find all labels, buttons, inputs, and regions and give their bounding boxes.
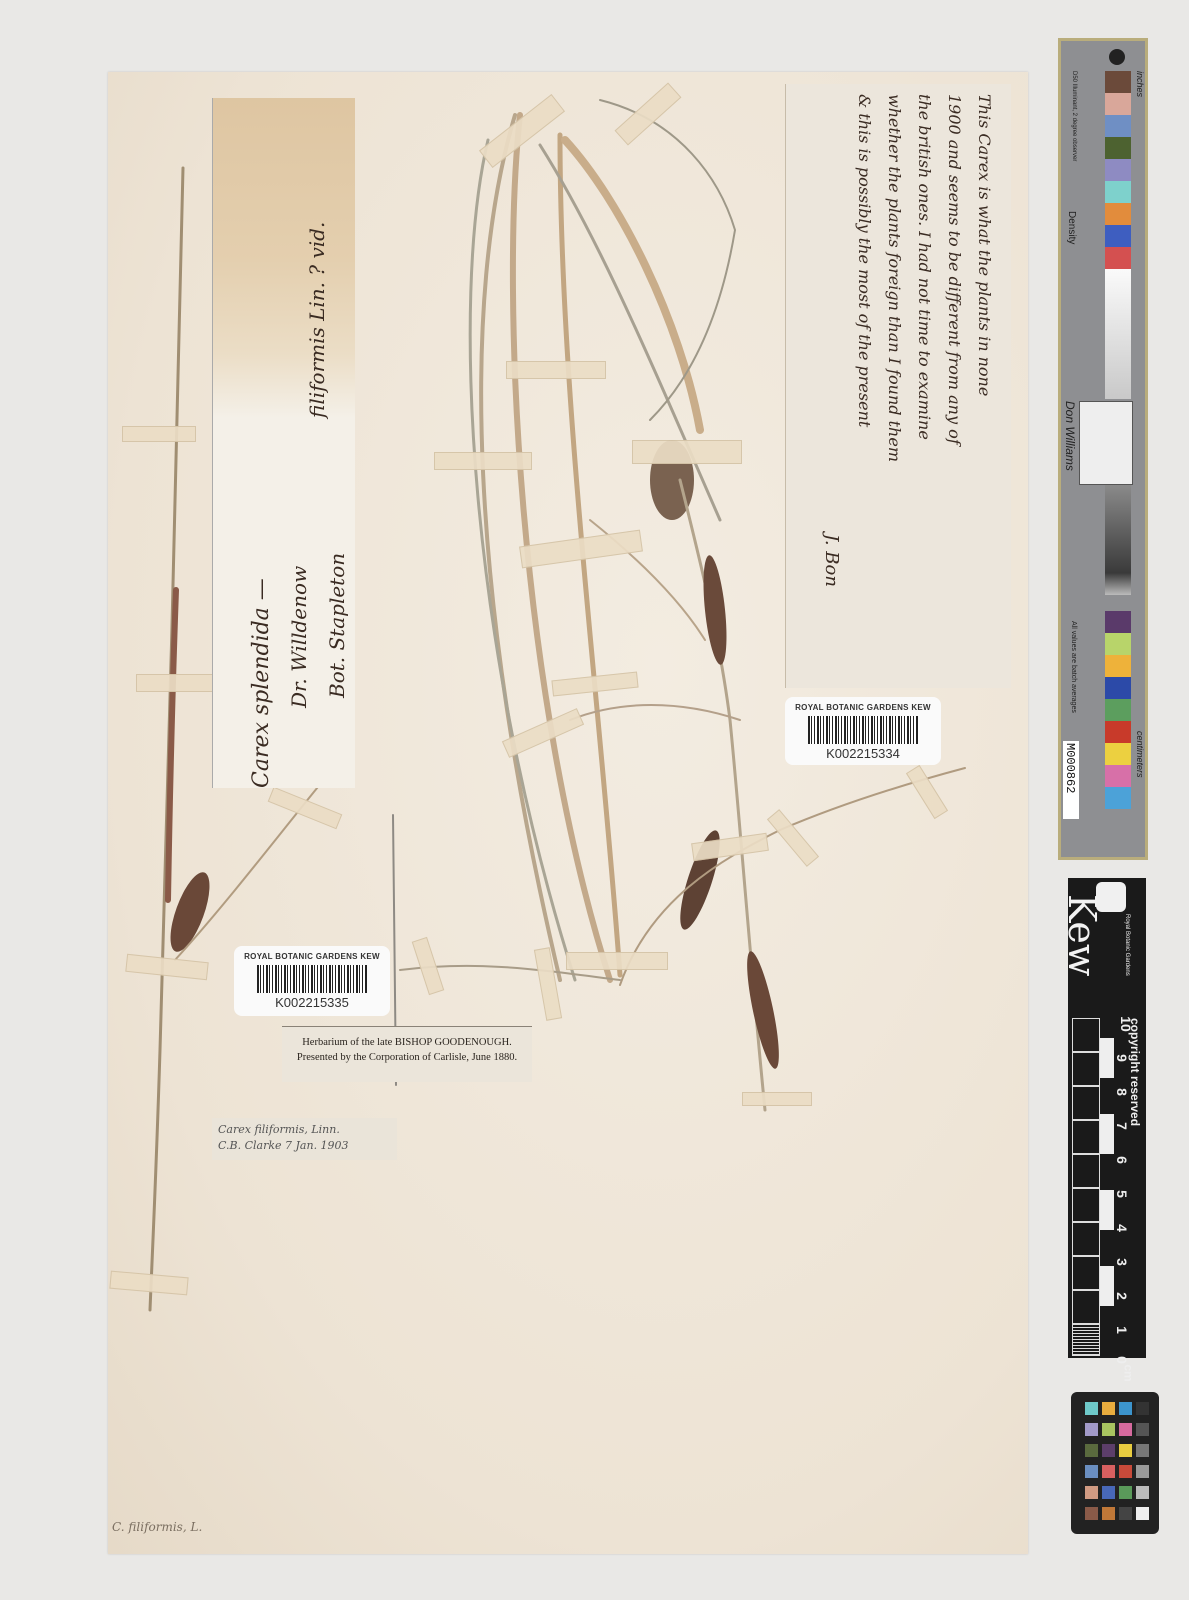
color-patch xyxy=(1105,71,1131,93)
checker-patch xyxy=(1119,1507,1132,1520)
color-patch xyxy=(1105,611,1131,633)
barcode-number: K002215334 xyxy=(785,746,941,761)
handwritten-letter: This Carex is what the plants in none 19… xyxy=(785,84,1011,688)
barcode-org: ROYAL BOTANIC GARDENS KEW xyxy=(785,703,941,712)
color-patch xyxy=(1105,203,1131,225)
color-patch xyxy=(1105,677,1131,699)
ruler-segment xyxy=(1072,1018,1100,1052)
color-patch xyxy=(1105,225,1131,247)
checker-patch xyxy=(1085,1465,1098,1478)
barcode-number: K002215335 xyxy=(234,995,390,1010)
checker-patch xyxy=(1102,1486,1115,1499)
color-checker-card xyxy=(1071,1392,1159,1534)
color-patch xyxy=(1105,765,1131,787)
checker-patch xyxy=(1102,1444,1115,1457)
kew-scale-bar: Kew Royal Botanic Gardens copyright rese… xyxy=(1068,878,1146,1358)
color-patch xyxy=(1105,743,1131,765)
ruler-segment xyxy=(1072,1086,1100,1120)
strip-id: M000862 xyxy=(1063,743,1077,793)
color-patch xyxy=(1105,159,1131,181)
label-line-carex-splendida: Carex splendida — xyxy=(249,578,274,788)
mounting-tape xyxy=(434,452,532,470)
mounting-tape xyxy=(122,426,196,442)
ruler-segment xyxy=(1072,1290,1100,1324)
barcode-label-upper: ROYAL BOTANIC GARDENS KEW K002215334 xyxy=(785,697,941,765)
color-patch xyxy=(1105,655,1131,677)
illuminant-note: D50 Illuminant, 2 degree observer xyxy=(1071,71,1077,161)
printed-line-2: Presented by the Corporation of Carlisle… xyxy=(282,1050,532,1065)
det-line-2: C.B. Clarke 7 Jan. 1903 xyxy=(218,1138,391,1154)
mounting-tape xyxy=(742,1092,812,1106)
brand-don-williams: Don Williams xyxy=(1063,401,1077,471)
hole-icon xyxy=(1109,49,1125,65)
label-line-willdenow: Dr. Willdenow xyxy=(287,566,311,708)
units-inches: inches xyxy=(1135,71,1145,97)
checker-patch xyxy=(1119,1486,1132,1499)
label-line-stapleton: Bot. Stapleton xyxy=(325,553,349,698)
checker-patch xyxy=(1119,1423,1132,1436)
color-patch xyxy=(1105,115,1131,137)
checker-patch xyxy=(1136,1465,1149,1478)
kew-logo: Kew xyxy=(1060,894,1104,976)
gray-scale-patches xyxy=(1105,269,1131,399)
printed-line-1: Herbarium of the late BISHOP GOODENOUGH. xyxy=(282,1035,532,1050)
color-patch xyxy=(1105,699,1131,721)
ruler-segment xyxy=(1072,1154,1100,1188)
determination-slip: Carex filiformis, Linn. C.B. Clarke 7 Ja… xyxy=(212,1118,397,1160)
barcode-icon xyxy=(257,965,367,993)
ruler-alt xyxy=(1100,1266,1114,1306)
ruler-segment xyxy=(1072,1222,1100,1256)
checker-patch xyxy=(1102,1402,1115,1415)
mounting-tape xyxy=(566,952,668,970)
color-patch xyxy=(1105,787,1131,809)
units-centimeters: centimeters xyxy=(1135,731,1145,778)
checker-patch xyxy=(1119,1402,1132,1415)
color-patch xyxy=(1105,93,1131,115)
checker-patch xyxy=(1119,1444,1132,1457)
ruler-segment xyxy=(1072,1256,1100,1290)
checker-patch xyxy=(1136,1444,1149,1457)
resolution-target xyxy=(1079,401,1133,485)
ruler-alt xyxy=(1100,1190,1114,1230)
checker-patch xyxy=(1136,1486,1149,1499)
ruler-segment xyxy=(1072,1120,1100,1154)
herbarium-printed-label: Herbarium of the late BISHOP GOODENOUGH.… xyxy=(282,1026,532,1082)
color-patch xyxy=(1105,633,1131,655)
checker-patch xyxy=(1136,1507,1149,1520)
density-label: Density xyxy=(1066,211,1077,244)
scale-numbers: 10 9 8 7 6 5 4 3 2 1 0 xyxy=(1118,1016,1132,1356)
color-patch xyxy=(1105,181,1131,203)
color-patch xyxy=(1105,721,1131,743)
ruler-fine-ticks xyxy=(1072,1324,1100,1356)
checker-patch xyxy=(1102,1423,1115,1436)
ruler-alt xyxy=(1100,1114,1114,1154)
letter-line-5: & this is possibly the most of the prese… xyxy=(855,94,874,427)
original-handwritten-label: filiformis Lin. ? vid. Carex splendida —… xyxy=(212,98,355,788)
checker-patch xyxy=(1085,1423,1098,1436)
color-calibration-strip: inches centimeters Don Williams Density … xyxy=(1058,38,1148,860)
checker-patch xyxy=(1085,1402,1098,1415)
checker-patch xyxy=(1119,1465,1132,1478)
det-line-1: Carex filiformis, Linn. xyxy=(218,1122,391,1138)
batch-note: All values are batch averages xyxy=(1070,621,1077,713)
letter-line-2: 1900 and seems to be different from any … xyxy=(945,94,964,445)
unit-cm: cm xyxy=(1122,1364,1136,1381)
checker-patch xyxy=(1136,1402,1149,1415)
letter-line-1: This Carex is what the plants in none xyxy=(975,94,994,396)
label-line-filiformis: filiformis Lin. ? vid. xyxy=(305,222,329,418)
mounting-tape xyxy=(136,674,218,692)
color-patch xyxy=(1105,247,1131,269)
checker-patch xyxy=(1085,1507,1098,1520)
barcode-label-lower: ROYAL BOTANIC GARDENS KEW K002215335 xyxy=(234,946,390,1016)
corner-annotation: C. filiformis, L. xyxy=(112,1520,202,1534)
checker-patch xyxy=(1085,1444,1098,1457)
checker-patch xyxy=(1085,1486,1098,1499)
color-patch xyxy=(1105,137,1131,159)
barcode-icon xyxy=(808,716,918,744)
barcode-org: ROYAL BOTANIC GARDENS KEW xyxy=(234,952,390,961)
letter-signature: J. Bon xyxy=(821,534,842,587)
ruler-segment xyxy=(1072,1052,1100,1086)
label-stain xyxy=(213,98,355,418)
gray-scale-patches-dark xyxy=(1105,485,1131,595)
mounting-tape xyxy=(632,440,742,464)
letter-line-4: whether the plants foreign than I found … xyxy=(885,94,904,462)
letter-line-3: the british ones. I had not time to exam… xyxy=(915,94,934,440)
mounting-tape xyxy=(506,361,606,379)
checker-patch xyxy=(1102,1507,1115,1520)
ruler-alt xyxy=(1100,1038,1114,1078)
ruler-segment xyxy=(1072,1188,1100,1222)
kew-subtitle: Royal Botanic Gardens xyxy=(1124,914,1130,976)
checker-patch xyxy=(1136,1423,1149,1436)
checker-patch xyxy=(1102,1465,1115,1478)
